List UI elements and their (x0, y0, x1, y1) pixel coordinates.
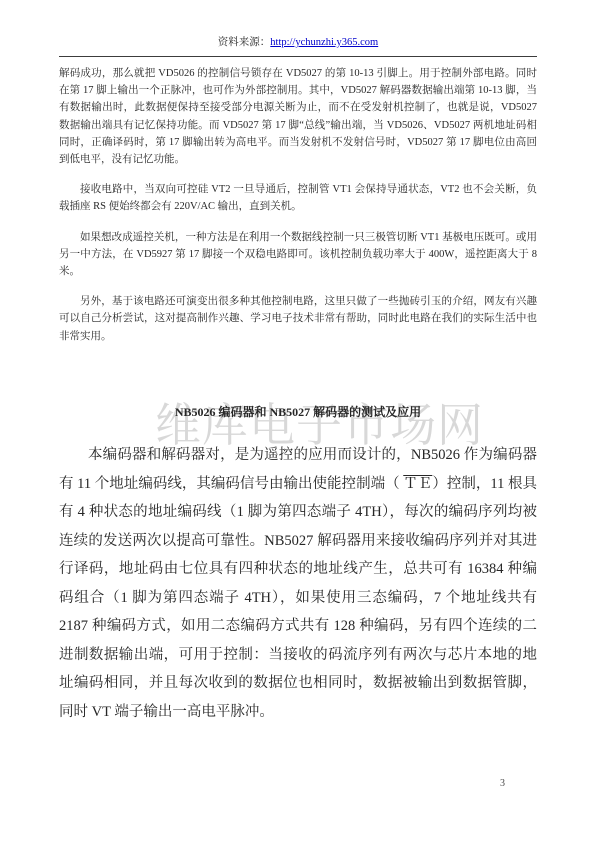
source-link[interactable]: http://ychunzhi.y365.com (270, 37, 378, 48)
intro-text-block: 解码成功，那么就把 VD5026 的控制信号锁存在 VD5027 的第 10-1… (59, 65, 537, 358)
paragraph: 接收电路中，当双向可控硅 VT2 一旦导通后，控制管 VT1 会保持导通状态，V… (59, 181, 537, 215)
page-header: 资料来源：http://ychunzhi.y365.com (59, 36, 537, 50)
body-text-part2: ）控制，11 根具有 4 种状态的地址编码线（1 脚为第四态端子 4TH），每次… (59, 476, 537, 720)
header-divider (59, 56, 537, 57)
paragraph: 解码成功，那么就把 VD5026 的控制信号锁存在 VD5027 的第 10-1… (59, 65, 537, 168)
page-number: 3 (500, 778, 505, 789)
document-page: 资料来源：http://ychunzhi.y365.com 解码成功，那么就把 … (0, 0, 595, 842)
source-label: 资料来源： (218, 37, 271, 48)
main-body-text: 本编码器和解码器对，是为遥控的应用而设计的，NB5026 作为编码器有 11 个… (59, 441, 537, 726)
paragraph: 如果想改成遥控关机，一种方法是在利用一个数据线控制一只三极管切断 VT1 基极电… (59, 229, 537, 281)
section-heading: NB5026 编码器和 NB5027 解码器的测试及应用 (59, 403, 537, 420)
te-signal-label: ＴＥ (403, 476, 432, 492)
paragraph: 另外，基于该电路还可演变出很多种其他控制电路，这里只做了一些抛砖引玉的介绍，网友… (59, 293, 537, 345)
